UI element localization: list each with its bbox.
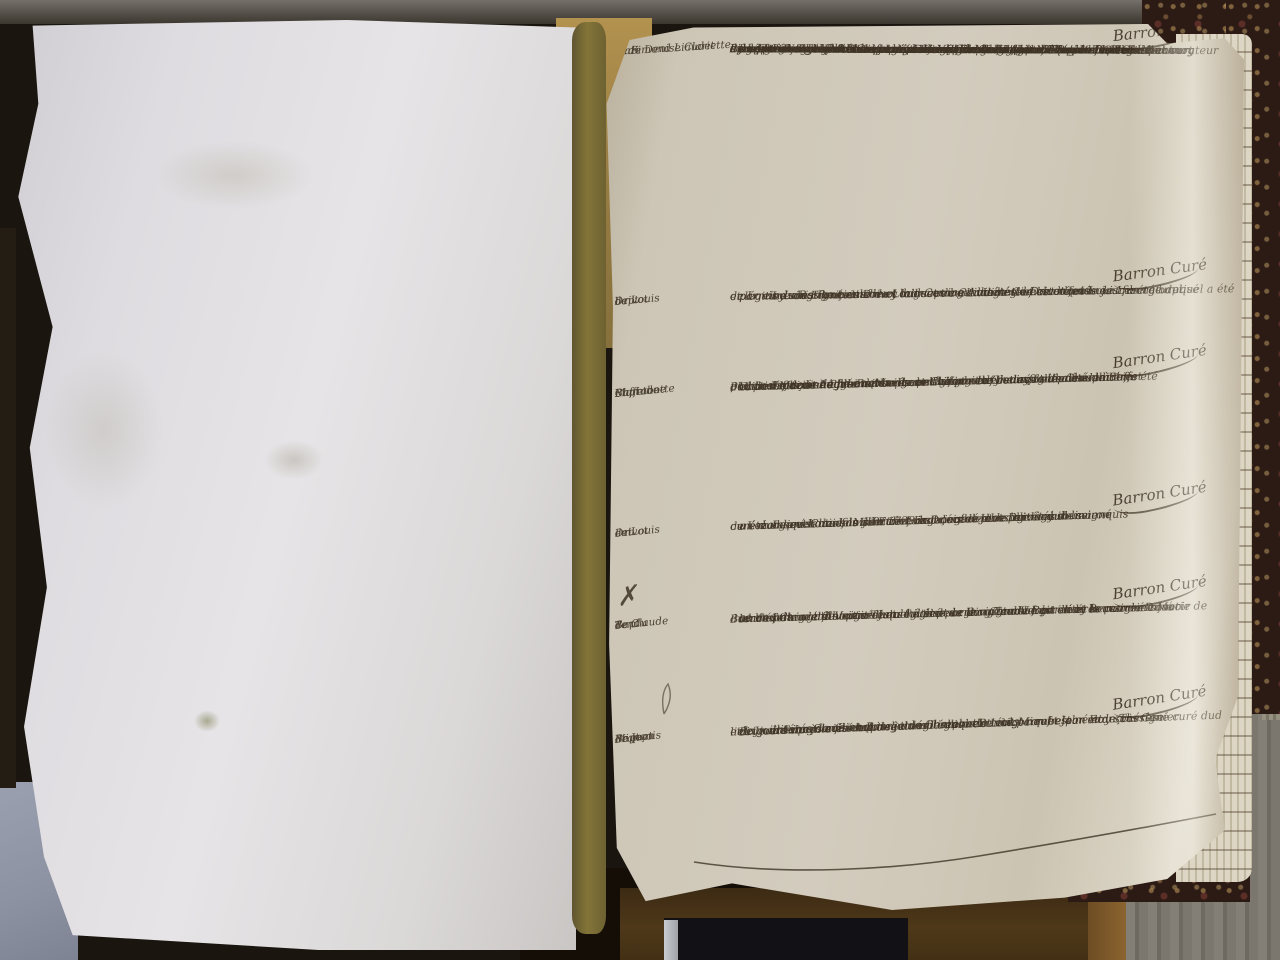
- table-object-edge: [664, 920, 678, 960]
- paper-stain: [194, 710, 220, 732]
- margin-note-line: Buffet: [614, 385, 647, 401]
- margin-note-line: Drivot: [614, 525, 648, 541]
- margin-cross-mark: ✗: [614, 582, 640, 611]
- manuscript-photo: maride Simond Liaudetet de Denise Clarie…: [0, 0, 1280, 960]
- register-entry: ent.de LouisDrivot✗Le quatorzieme juin 1…: [612, 504, 1236, 520]
- priest-signature: Barron Curé: [1112, 342, 1209, 379]
- margin-note-line: Miquet: [614, 730, 653, 747]
- register-entry: baptde LouisDrivotLe vingt huitieme may …: [612, 281, 1236, 288]
- left-edge-shadow: [0, 228, 16, 788]
- paper-stain: [264, 440, 324, 480]
- binding-strip: [572, 22, 606, 934]
- manuscript-line: deux illitérés de ce enquis: [739, 718, 886, 740]
- entries: maride Simond Liaudetet de Denise Clarie…: [604, 24, 1244, 910]
- manuscript-line: de Lezarge et Claude Millet de Longecomb…: [730, 505, 1129, 535]
- priest-signature: Barron Curé: [1111, 479, 1208, 517]
- left-blank-page: [4, 20, 576, 950]
- margin-note: Baptde JeanFrançoisMiquet: [614, 723, 725, 734]
- margin-note-line: Tendu: [614, 617, 648, 633]
- margin-note: maride Simond Liaudetet de Denise Clarie…: [614, 39, 726, 46]
- manuscript-line: de Louis du Rouge touts deux dud Cesarge…: [730, 282, 1090, 305]
- manuscript-line: ce enquis: [739, 608, 793, 626]
- margin-note-line: et de Denise Clariette: [614, 39, 731, 59]
- manuscript-page: maride Simond Liaudetet de Denise Clarie…: [604, 24, 1244, 910]
- register-entry: CharabotteBapt. deMarianneBuffetLe dixie…: [612, 367, 1236, 380]
- register-entry: maride Simond Liaudetet de Denise Clarie…: [612, 38, 1236, 43]
- margin-note: CharabotteBapt. deMarianneBuffet: [614, 378, 726, 388]
- paper-stain: [154, 140, 314, 210]
- register-entry: Baptde ClaudeTenduLe vingt deuxieme juin…: [612, 598, 1236, 612]
- register-entry: Baptde JeanFrançoisMiquetLe vingt troisi…: [612, 707, 1236, 726]
- margin-note-line: Drivot: [614, 293, 648, 309]
- paper-stain: [44, 350, 164, 510]
- manuscript-line: de Lezarge touts illitérés pour ne sçavo…: [730, 40, 1033, 58]
- margin-note: baptde LouisDrivot: [614, 287, 726, 296]
- margin-note: ent.de LouisDrivot: [614, 517, 725, 528]
- table-object: [664, 918, 908, 960]
